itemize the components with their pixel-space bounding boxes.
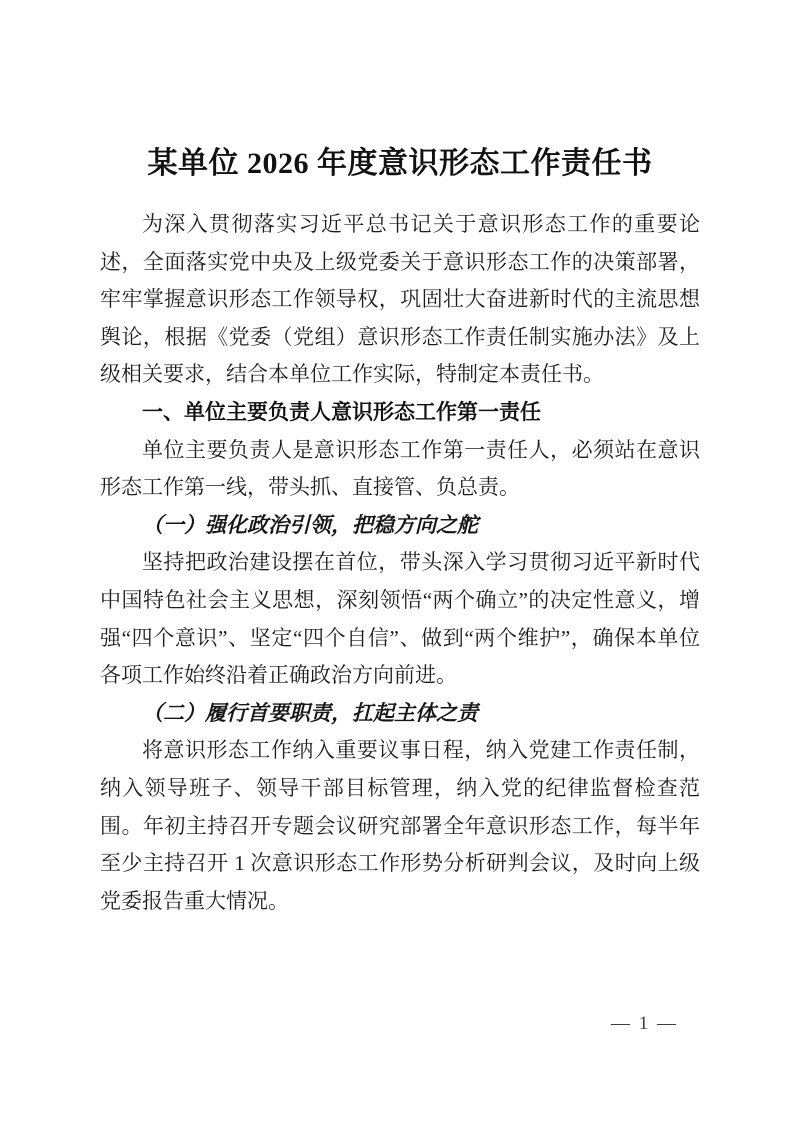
- section-heading-1: 一、单位主要负责人意识形态工作第一责任: [100, 394, 700, 432]
- subsection-heading-1-1: （一）强化政治引领，把稳方向之舵: [100, 507, 700, 545]
- document-title: 某单位 2026 年度意识形态工作责任书: [100, 144, 700, 184]
- paragraph-intro: 为深入贯彻落实习近平总书记关于意识形态工作的重要论述，全面落实党中央及上级党委关…: [100, 206, 700, 394]
- paragraph-subsection-1-1: 坚持把政治建设摆在首位，带头深入学习贯彻习近平新时代中国特色社会主义思想，深刻领…: [100, 544, 700, 694]
- page-number: — 1 —: [611, 1012, 678, 1036]
- paragraph-subsection-1-2: 将意识形态工作纳入重要议事日程，纳入党建工作责任制，纳入领导班子、领导干部目标管…: [100, 732, 700, 920]
- subsection-heading-1-2: （二）履行首要职责，扛起主体之责: [100, 695, 700, 733]
- document-page: 某单位 2026 年度意识形态工作责任书 为深入贯彻落实习近平总书记关于意识形态…: [0, 0, 793, 1122]
- paragraph-section-1-lead: 单位主要负责人是意识形态工作第一责任人，必须站在意识形态工作第一线，带头抓、直接…: [100, 432, 700, 507]
